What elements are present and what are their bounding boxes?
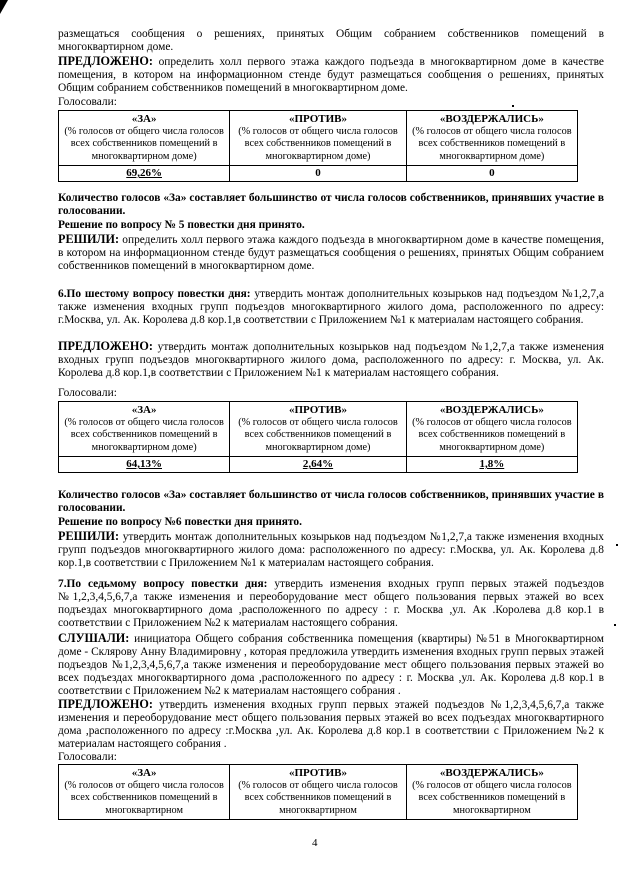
section7-heard-paragraph: СЛУШАЛИ: инициатора Общего собрания собс… xyxy=(58,632,604,698)
decision-statement-q5: Решение по вопросу № 5 повестки дня прин… xyxy=(58,219,604,232)
abstained-subtitle: (% голосов от общего числа голосов всех … xyxy=(412,417,572,453)
vote-header-abstained: «ВОЗДЕРЖАЛИСЬ» (% голосов от общего числ… xyxy=(406,111,577,166)
decided-label: РЕШИЛИ: xyxy=(58,232,119,246)
voted-label: Голосовали: xyxy=(58,751,604,764)
majority-statement-q5: Количество голосов «За» составляет больш… xyxy=(58,192,604,218)
document-page: размещаться сообщения о решениях, принят… xyxy=(0,0,638,877)
section6-heading-paragraph: 6.По шестому вопросу повестки дня: утвер… xyxy=(58,288,604,327)
vote-table-q5: «ЗА» (% голосов от общего числа голосов … xyxy=(58,110,578,182)
abstained-header-label: «ВОЗДЕРЖАЛИСЬ» xyxy=(411,404,573,417)
vote-value-for: 69,26% xyxy=(59,166,230,182)
voted-label: Голосовали: xyxy=(58,96,604,109)
abstained-header-label: «ВОЗДЕРЖАЛИСЬ» xyxy=(411,113,573,126)
scan-speck xyxy=(512,105,514,107)
vote-value-for: 64,13% xyxy=(59,457,230,473)
section5-proposed-paragraph: ПРЕДЛОЖЕНО: определить холл первого этаж… xyxy=(58,55,604,95)
proposed-label: ПРЕДЛОЖЕНО: xyxy=(58,339,153,353)
for-header-label: «ЗА» xyxy=(63,113,225,126)
vote-value-against: 0 xyxy=(230,166,406,182)
abstained-value: 0 xyxy=(489,167,495,179)
against-header-label: «ПРОТИВ» xyxy=(234,767,401,780)
scan-speck xyxy=(614,624,616,626)
vote-header-abstained: «ВОЗДЕРЖАЛИСЬ» (% голосов от общего числ… xyxy=(406,402,577,457)
section6-lead-label: 6.По шестому вопросу повестки дня: xyxy=(58,288,251,300)
vote-value-abstained: 0 xyxy=(406,166,577,182)
against-subtitle: (% голосов от общего числа голосов всех … xyxy=(238,126,398,162)
vote-header-for: «ЗА» (% голосов от общего числа голосов … xyxy=(59,402,230,457)
abstained-subtitle: (% голосов от общего числа голосов всех … xyxy=(412,780,572,816)
proposed-label: ПРЕДЛОЖЕНО: xyxy=(58,697,153,711)
section5-carryover-text: размещаться сообщения о решениях, принят… xyxy=(58,28,604,54)
abstained-subtitle: (% голосов от общего числа голосов всех … xyxy=(412,126,572,162)
against-subtitle: (% голосов от общего числа голосов всех … xyxy=(238,417,398,453)
heard-label: СЛУШАЛИ: xyxy=(58,631,129,645)
scan-speck xyxy=(616,544,618,546)
heard-text: инициатора Общего собрания собственника … xyxy=(58,633,604,697)
for-subtitle: (% голосов от общего числа голосов всех … xyxy=(64,417,224,453)
against-value: 2,64% xyxy=(303,458,333,470)
against-header-label: «ПРОТИВ» xyxy=(234,404,401,417)
vote-value-abstained: 1,8% xyxy=(406,457,577,473)
vote-header-against: «ПРОТИВ» (% голосов от общего числа голо… xyxy=(230,402,406,457)
decided-paragraph-q6: РЕШИЛИ: утвердить монтаж дополнительных … xyxy=(58,530,604,570)
decision-statement-q6: Решение по вопросу №6 повестки дня приня… xyxy=(58,516,604,529)
vote-header-against: «ПРОТИВ» (% голосов от общего числа голо… xyxy=(230,765,406,820)
for-subtitle: (% голосов от общего числа голосов всех … xyxy=(64,126,224,162)
vote-header-for: «ЗА» (% голосов от общего числа голосов … xyxy=(59,765,230,820)
vote-table-q7: «ЗА» (% голосов от общего числа голосов … xyxy=(58,764,578,820)
against-subtitle: (% голосов от общего числа голосов всех … xyxy=(238,780,398,816)
against-header-label: «ПРОТИВ» xyxy=(234,113,401,126)
section6-proposed-paragraph: ПРЕДЛОЖЕНО: утвердить монтаж дополнитель… xyxy=(58,340,604,380)
for-value: 64,13% xyxy=(126,458,162,470)
abstained-value: 1,8% xyxy=(479,458,504,470)
vote-value-against: 2,64% xyxy=(230,457,406,473)
majority-statement-q6: Количество голосов «За» составляет больш… xyxy=(58,489,604,515)
proposed-label: ПРЕДЛОЖЕНО: xyxy=(58,54,153,68)
abstained-header-label: «ВОЗДЕРЖАЛИСЬ» xyxy=(411,767,573,780)
section7-lead-label: 7.По седьмому вопросу повестки дня: xyxy=(58,578,267,590)
decided-text: определить холл первого этажа каждого по… xyxy=(58,234,604,272)
for-header-label: «ЗА» xyxy=(63,767,225,780)
vote-table-q6: «ЗА» (% голосов от общего числа голосов … xyxy=(58,401,578,473)
section7-proposed-paragraph: ПРЕДЛОЖЕНО: утвердить изменения входных … xyxy=(58,698,604,751)
for-subtitle: (% голосов от общего числа голосов всех … xyxy=(64,780,224,816)
scan-corner-artifact xyxy=(0,0,8,14)
for-value: 69,26% xyxy=(126,167,162,179)
decided-text: утвердить монтаж дополнительных козырько… xyxy=(58,531,604,569)
for-header-label: «ЗА» xyxy=(63,404,225,417)
voted-label: Голосовали: xyxy=(58,387,604,400)
vote-header-against: «ПРОТИВ» (% голосов от общего числа голо… xyxy=(230,111,406,166)
page-number: 4 xyxy=(312,837,318,849)
section7-heading-paragraph: 7.По седьмому вопросу повестки дня: утве… xyxy=(58,578,604,630)
against-value: 0 xyxy=(315,167,321,179)
vote-header-abstained: «ВОЗДЕРЖАЛИСЬ» (% голосов от общего числ… xyxy=(406,765,577,820)
decided-label: РЕШИЛИ: xyxy=(58,529,119,543)
vote-header-for: «ЗА» (% голосов от общего числа голосов … xyxy=(59,111,230,166)
decided-paragraph-q5: РЕШИЛИ: определить холл первого этажа ка… xyxy=(58,233,604,273)
